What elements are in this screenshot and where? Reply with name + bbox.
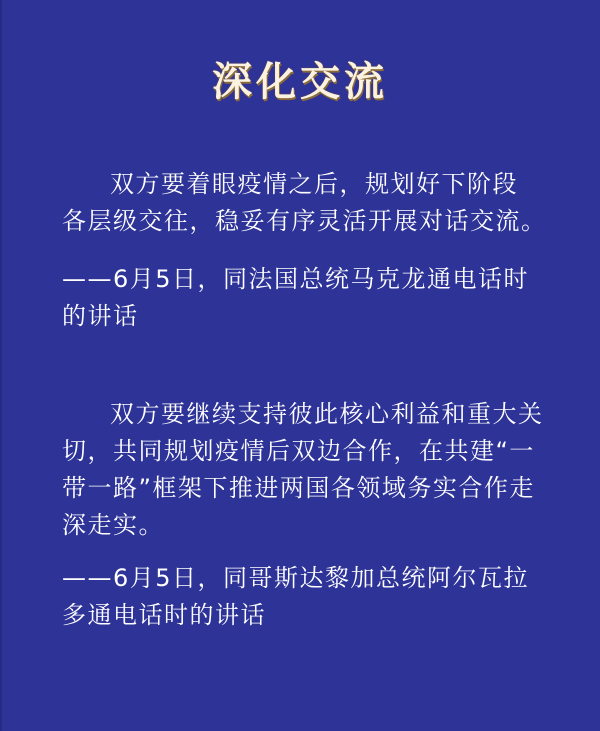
quote-2-line-2: 切，共同规划疫情后双边合作，在共建“一 [62,433,540,470]
quote-paragraph-2: 双方要继续支持彼此核心利益和重大关 切，共同规划疫情后双边合作，在共建“一 带一… [62,396,540,544]
quote-2-line-3: 带一路”框架下推进两国各领域务实合作走 [62,470,540,507]
source-1-line-2: 的讲话 [62,298,540,335]
quote-paragraph-1: 双方要着眼疫情之后，规划好下阶段 各层级交往，稳妥有序灵活开展对话交流。 [62,166,540,240]
quote-2-line-4: 深走实。 [62,507,540,544]
source-1-line-1: ——6月5日，同法国总统马克龙通电话时 [62,261,540,298]
source-attribution-1: ——6月5日，同法国总统马克龙通电话时 的讲话 [62,261,540,335]
page-title: 深化交流 [0,50,600,107]
quote-2-line-1: 双方要继续支持彼此核心利益和重大关 [62,396,540,433]
source-attribution-2: ——6月5日，同哥斯达黎加总统阿尔瓦拉 多通电话时的讲话 [62,560,540,634]
source-2-line-2: 多通电话时的讲话 [62,597,540,634]
source-2-line-1: ——6月5日，同哥斯达黎加总统阿尔瓦拉 [62,560,540,597]
left-edge-border [0,0,2,731]
quote-1-line-2: 各层级交往，稳妥有序灵活开展对话交流。 [62,203,540,240]
quote-1-line-1: 双方要着眼疫情之后，规划好下阶段 [62,166,540,203]
